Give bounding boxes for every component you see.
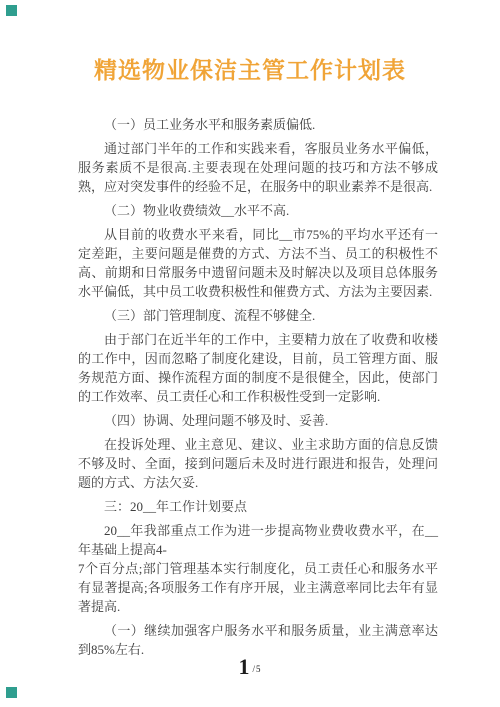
body-paragraph: 通过部门半年的工作和实践来看，客服员业务水平偏低，服务素质不是很高.主要表现在处… [78, 139, 438, 196]
teal-corner-marker-top [6, 5, 17, 16]
document-body: （一）员工业务水平和服务素质偏低. 通过部门半年的工作和实践来看，客服员业务水平… [78, 115, 438, 659]
body-paragraph: 由于部门在近半年的工作中，主要精力放在了收费和收楼的工作中，因而忽略了制度化建设… [78, 330, 438, 406]
section-heading: 三：20__年工作计划要点 [78, 497, 438, 516]
body-paragraph: 从目前的收费水平来看，同比__市75%的平均水平还有一定差距，主要问题是催费的方… [78, 225, 438, 301]
section-heading: （一）员工业务水平和服务素质偏低. [78, 115, 438, 134]
page-total: /5 [252, 664, 261, 674]
section-heading: （二）物业收费绩效__水平不高. [78, 201, 438, 220]
body-paragraph: 在投诉处理、业主意见、建议、业主求助方面的信息反馈不够及时、全面，接到问题后未及… [78, 435, 438, 492]
section-heading: （四）协调、处理问题不够及时、妥善. [78, 411, 438, 430]
page-number: 1 [238, 654, 249, 679]
document-page: 精选物业保洁主管工作计划表 （一）员工业务水平和服务素质偏低. 通过部门半年的工… [0, 0, 500, 707]
body-paragraph: 20__年我部重点工作为进一步提高物业费收费水平，在__年基础上提高4- 7个百… [78, 521, 438, 616]
page-footer: 1/5 [0, 652, 500, 682]
teal-corner-marker-bottom [6, 687, 17, 698]
document-title: 精选物业保洁主管工作计划表 [0, 56, 500, 86]
section-heading: （三）部门管理制度、流程不够健全. [78, 306, 438, 325]
